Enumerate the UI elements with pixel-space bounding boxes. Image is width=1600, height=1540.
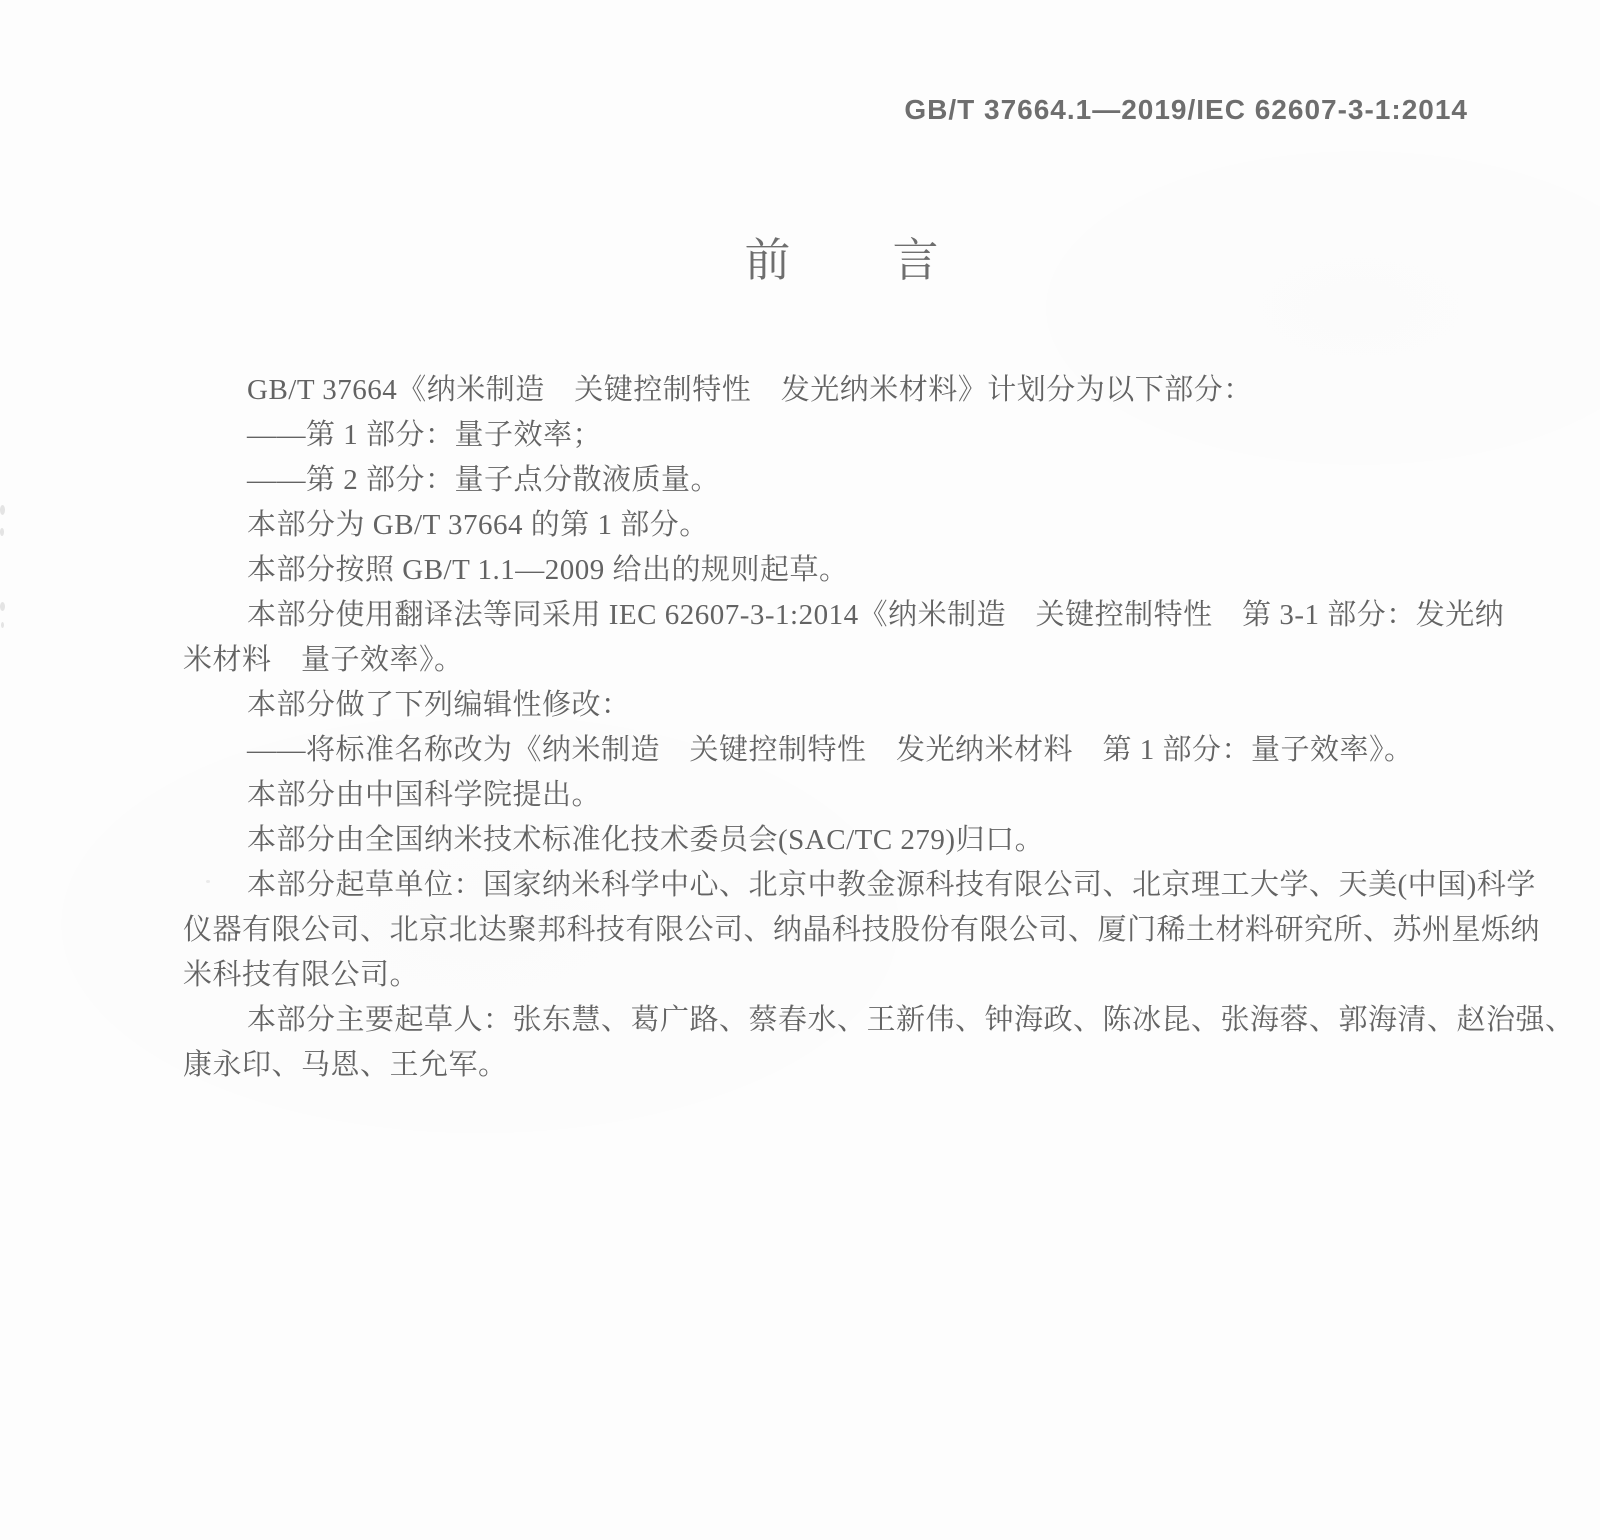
- foreword-title-char-right: 言: [893, 224, 939, 290]
- text-line: ——将标准名称改为《纳米制造 关键控制特性 发光纳米材料 第 1 部分：量子效率…: [183, 728, 1473, 773]
- text-line: 本部分由中国科学院提出。: [183, 773, 1473, 818]
- text-line: 本部分主要起草人：张东慧、葛广路、蔡春水、王新伟、钟海政、陈冰昆、张海蓉、郭海清…: [183, 998, 1473, 1043]
- text-line: 康永印、马恩、王允军。: [183, 1043, 1473, 1088]
- text-line: 米科技有限公司。: [183, 953, 1473, 998]
- text-line: 本部分由全国纳米技术标准化技术委员会(SAC/TC 279)归口。: [183, 818, 1473, 863]
- foreword-title-char-left: 前: [745, 224, 791, 290]
- text-line: 仪器有限公司、北京北达聚邦科技有限公司、纳晶科技股份有限公司、厦门稀土材料研究所…: [183, 908, 1473, 953]
- scanned-standard-page: GB/T 37664.1—2019/IEC 62607-3-1:2014 前 言…: [0, 0, 1600, 1540]
- text-line: ——第 2 部分：量子点分散液质量。: [183, 458, 1473, 503]
- text-line: ——第 1 部分：量子效率；: [183, 413, 1473, 458]
- foreword-title: 前 言: [199, 224, 1484, 290]
- text-line: 本部分按照 GB/T 1.1—2009 给出的规则起草。: [183, 548, 1473, 593]
- text-line: 本部分做了下列编辑性修改：: [183, 683, 1473, 728]
- standard-number-header: GB/T 37664.1—2019/IEC 62607-3-1:2014: [183, 94, 1468, 126]
- scan-artifact: [1, 622, 4, 628]
- foreword-body: GB/T 37664《纳米制造 关键控制特性 发光纳米材料》计划分为以下部分：—…: [183, 368, 1473, 1088]
- scan-artifact: [206, 880, 210, 883]
- text-line: 本部分起草单位：国家纳米科学中心、北京中教金源科技有限公司、北京理工大学、天美(…: [183, 863, 1473, 908]
- scan-artifact: [0, 505, 5, 515]
- scan-artifact: [0, 528, 4, 536]
- scan-artifact: [0, 602, 5, 611]
- text-line: 本部分为 GB/T 37664 的第 1 部分。: [183, 503, 1473, 548]
- text-line: GB/T 37664《纳米制造 关键控制特性 发光纳米材料》计划分为以下部分：: [183, 368, 1473, 413]
- text-line: 米材料 量子效率》。: [183, 638, 1473, 683]
- text-line: 本部分使用翻译法等同采用 IEC 62607-3-1:2014《纳米制造 关键控…: [183, 593, 1473, 638]
